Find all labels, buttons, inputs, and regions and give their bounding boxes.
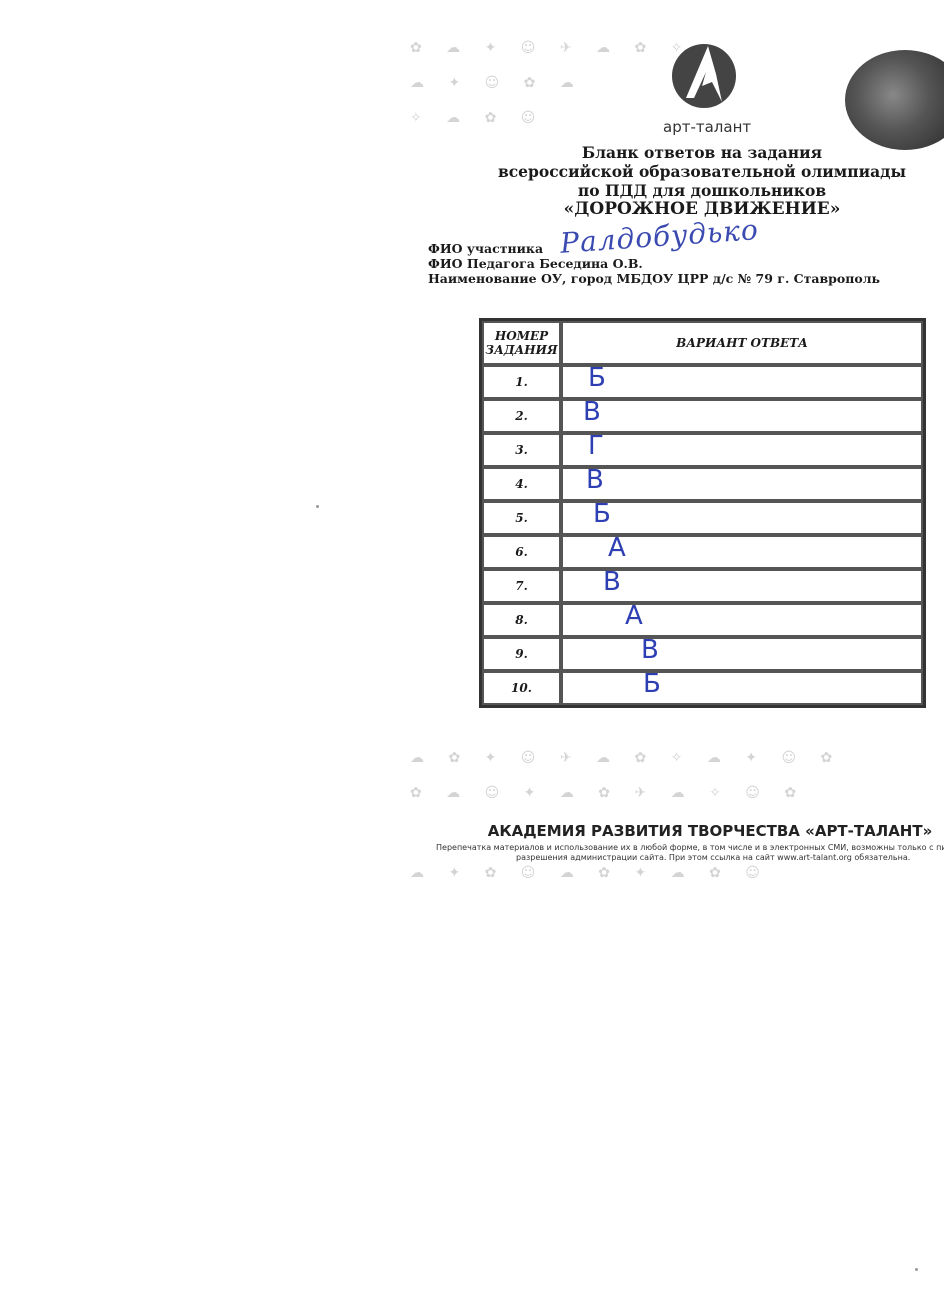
handwritten-answer: Б: [643, 669, 661, 699]
background-doodles: ☁ ✦ ✿ ☺ ☁ ✿ ✦ ☁ ✿ ☺: [410, 865, 770, 881]
handwritten-answer: Г: [588, 431, 604, 461]
table-row: 10.Б: [482, 671, 923, 705]
background-doodles: ☁ ✿ ✦ ☺ ✈ ☁ ✿ ✧ ☁ ✦ ☺ ✿: [410, 750, 842, 766]
scan-speck: [316, 505, 319, 508]
answer-cell: В: [561, 399, 923, 433]
background-doodles: ✿ ☁ ☺ ✦ ☁ ✿ ✈ ☁ ✧ ☺ ✿: [410, 785, 806, 801]
background-doodles: ☁ ✦ ☺ ✿ ☁: [410, 75, 584, 91]
art-talant-logo-icon: [672, 44, 736, 108]
answer-cell: Б: [561, 501, 923, 535]
table-row: 1.Б: [482, 365, 923, 399]
header-number-line2: ЗАДАНИЯ: [485, 343, 557, 357]
handwritten-answer: А: [608, 533, 626, 563]
footer-note-line-2: разрешения администрации сайта. При этом…: [436, 853, 944, 863]
teacher-value: Беседина О.В.: [539, 256, 643, 271]
handwritten-answer: Б: [593, 499, 611, 529]
header-task-number: НОМЕРЗАДАНИЯ: [482, 321, 561, 365]
title-line-1: Бланк ответов на задания: [402, 143, 944, 162]
header-answer-variant: ВАРИАНТ ОТВЕТА: [561, 321, 923, 365]
footer-note-line-1: Перепечатка материалов и использование и…: [436, 843, 944, 853]
answer-cell: Б: [561, 365, 923, 399]
task-number: 9.: [482, 637, 561, 671]
handwritten-answer: Б: [588, 363, 606, 393]
task-number: 4.: [482, 467, 561, 501]
task-number: 8.: [482, 603, 561, 637]
title-line-3: по ПДД для дошкольников: [402, 181, 944, 200]
table-row: 7.В: [482, 569, 923, 603]
answer-cell: В: [561, 637, 923, 671]
task-number: 10.: [482, 671, 561, 705]
task-number: 5.: [482, 501, 561, 535]
background-doodles: ✿ ☁ ✦ ☺ ✈ ☁ ✿ ✧: [410, 40, 692, 56]
handwritten-answer: А: [625, 601, 643, 631]
answer-cell: Г: [561, 433, 923, 467]
table-row: 9.В: [482, 637, 923, 671]
scan-speck: [915, 1268, 918, 1271]
answer-cell: В: [561, 467, 923, 501]
table-row: 2.В: [482, 399, 923, 433]
background-doodles: ✧ ☁ ✿ ☺: [410, 110, 545, 126]
org-row: Наименование ОУ, город МБДОУ ЦРР д/с № 7…: [428, 271, 880, 286]
children-traffic-illustration: [845, 50, 944, 150]
task-number: 6.: [482, 535, 561, 569]
participant-row: ФИО участника: [428, 241, 880, 256]
document-title: Бланк ответов на задания всероссийской о…: [402, 143, 944, 219]
table-row: 4.В: [482, 467, 923, 501]
task-number: 1.: [482, 365, 561, 399]
answer-cell: А: [561, 535, 923, 569]
footer-title: АКАДЕМИЯ РАЗВИТИЯ ТВОРЧЕСТВА «АРТ-ТАЛАНТ…: [400, 822, 944, 840]
task-number: 2.: [482, 399, 561, 433]
answer-cell: А: [561, 603, 923, 637]
answer-cell: В: [561, 569, 923, 603]
table-row: 5.Б: [482, 501, 923, 535]
header-number-line1: НОМЕР: [495, 329, 548, 343]
handwritten-answer: В: [641, 635, 659, 665]
org-value: МБДОУ ЦРР д/с № 79 г. Ставрополь: [617, 271, 881, 286]
answer-cell: Б: [561, 671, 923, 705]
table-row: 6.А: [482, 535, 923, 569]
footer-copyright-note: Перепечатка материалов и использование и…: [436, 843, 944, 863]
participant-label: ФИО участника: [428, 241, 543, 256]
table-row: 3.Г: [482, 433, 923, 467]
table-row: 8.А: [482, 603, 923, 637]
title-line-4: «ДОРОЖНОЕ ДВИЖЕНИЕ»: [402, 200, 944, 219]
answer-table: НОМЕРЗАДАНИЯ ВАРИАНТ ОТВЕТА 1.Б2.В3.Г4.В…: [479, 318, 926, 708]
task-number: 3.: [482, 433, 561, 467]
handwritten-answer: В: [603, 567, 621, 597]
handwritten-answer: В: [586, 465, 604, 495]
task-number: 7.: [482, 569, 561, 603]
title-line-2: всероссийской образовательной олимпиады: [402, 162, 944, 181]
participant-info: ФИО участника ФИО Педагога Беседина О.В.…: [428, 241, 880, 286]
brand-name-text: арт-талант: [663, 118, 751, 136]
org-label: Наименование ОУ, город: [428, 271, 612, 286]
teacher-row: ФИО Педагога Беседина О.В.: [428, 256, 880, 271]
handwritten-answer: В: [583, 397, 601, 427]
teacher-label: ФИО Педагога: [428, 256, 535, 271]
